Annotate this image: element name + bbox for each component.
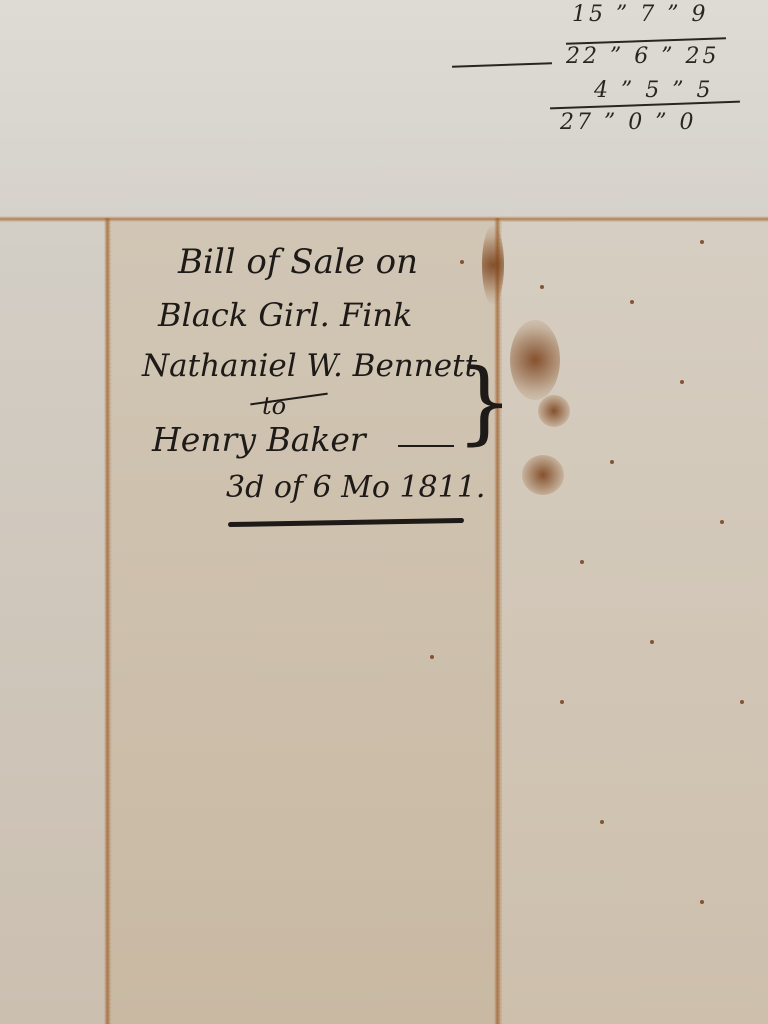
foxing-dot bbox=[650, 640, 654, 644]
foxing-dot bbox=[700, 240, 704, 244]
foxing-dot bbox=[560, 700, 564, 704]
account-row: 22 ” 6 ” 25 bbox=[566, 44, 719, 69]
foxing-dot bbox=[540, 285, 544, 289]
document-page: 15 ” 7 ” 9 22 ” 6 ” 25 4 ” 5 ” 5 27 ” 0 … bbox=[0, 0, 768, 1024]
vertical-fold-line-right bbox=[494, 218, 501, 1024]
foxing-dot bbox=[430, 655, 434, 659]
stain bbox=[482, 225, 504, 305]
foxing-dot bbox=[700, 900, 704, 904]
foxing-dot bbox=[680, 380, 684, 384]
foxing-dot bbox=[630, 300, 634, 304]
foxing-dot bbox=[580, 560, 584, 564]
foxing-dot bbox=[740, 700, 744, 704]
endorsement-line-title: Bill of Sale on bbox=[178, 242, 418, 282]
brace-mark: } bbox=[456, 358, 513, 448]
account-row: 27 ” 0 ” 0 bbox=[560, 110, 696, 135]
endorsement-line-buyer: Henry Baker bbox=[152, 420, 366, 459]
flourish-dash bbox=[398, 445, 454, 447]
account-row: 15 ” 7 ” 9 bbox=[572, 2, 708, 27]
horizontal-fold-line bbox=[0, 216, 768, 222]
paper-panel-top bbox=[0, 0, 768, 218]
endorsement-line-date: 3d of 6 Mo 1811. bbox=[226, 470, 485, 505]
endorsement-line-to: to bbox=[262, 392, 286, 420]
paper-panel-center bbox=[112, 222, 496, 1024]
account-row: 4 ” 5 ” 5 bbox=[594, 78, 713, 103]
foxing-dot bbox=[600, 820, 604, 824]
endorsement-line-subject: Black Girl. Fink bbox=[158, 296, 412, 334]
endorsement-line-seller: Nathaniel W. Bennett. bbox=[142, 348, 487, 384]
stain bbox=[522, 455, 564, 495]
paper-panel-left bbox=[0, 222, 106, 1024]
stain bbox=[538, 395, 570, 427]
stain bbox=[510, 320, 560, 400]
foxing-dot bbox=[610, 460, 614, 464]
foxing-dot bbox=[720, 520, 724, 524]
foxing-dot bbox=[460, 260, 464, 264]
vertical-fold-line-left bbox=[104, 218, 111, 1024]
